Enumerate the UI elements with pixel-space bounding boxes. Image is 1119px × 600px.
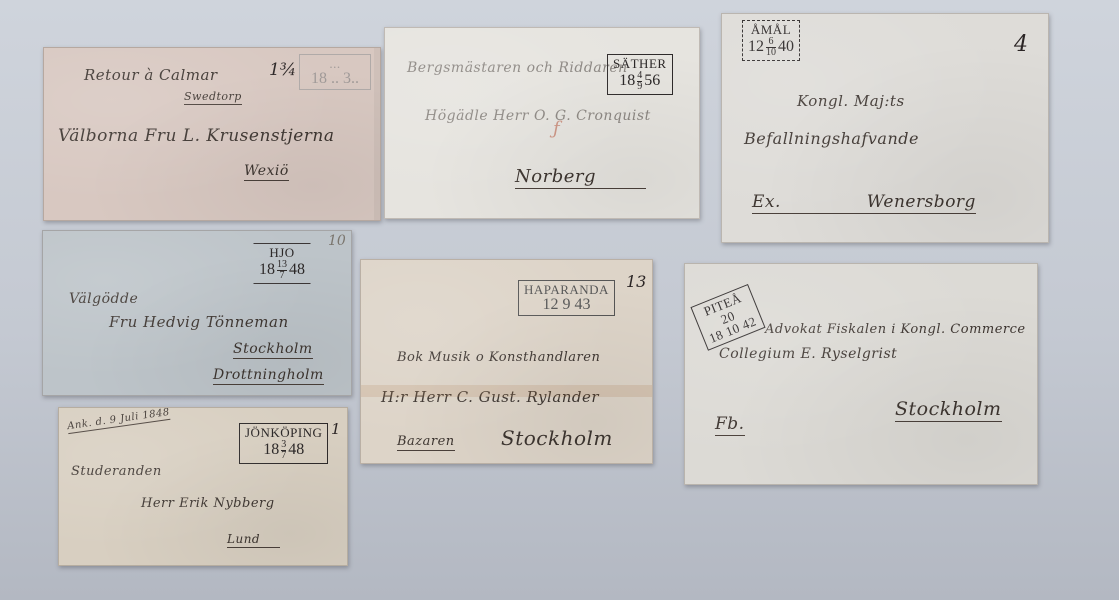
postmark: ... 18 .. 3.. xyxy=(299,54,371,90)
cover-text-line: Välgödde xyxy=(69,291,138,307)
cover-text-line: Retour à Calmar xyxy=(84,66,218,84)
cover-text-line: Stockholm xyxy=(895,398,1002,422)
rate-mark: 10 xyxy=(328,233,346,249)
cover-text-line: Välborna Fru L. Krusenstjerna xyxy=(58,126,335,146)
cover-text-line: Studeranden xyxy=(71,464,162,479)
cover-text-line: Ex. Wenersborg xyxy=(752,192,976,214)
postal-cover-jonkoping: Ank. d. 9 Juli 1848 JÖNKÖPING 183748 1 S… xyxy=(58,407,348,566)
postmark-hjo: HJO 1813748 xyxy=(253,243,311,284)
rate-mark: 13 xyxy=(626,272,646,291)
postal-cover-pitea: PITEÅ 20 18 10 42 Advokat Fiskalen i Kon… xyxy=(684,263,1038,485)
cover-text-line: Drottningholm xyxy=(213,367,324,385)
rate-mark: 1 xyxy=(331,420,341,438)
cover-text-line: Högädle Herr O. G. Cronquist xyxy=(425,108,651,124)
cover-text-line: Ank. d. 9 Juli 1848 xyxy=(67,407,171,434)
cover-text-line: Stockholm xyxy=(233,341,313,359)
rate-mark: 4 xyxy=(1014,32,1028,57)
postmark-sather: SÄTHER 184956 xyxy=(607,54,673,95)
postal-cover-sather: Bergsmästaren och Riddaren SÄTHER 184956… xyxy=(384,27,700,219)
cover-text-line: Wexiö xyxy=(244,163,289,181)
cover-text-line: Lund xyxy=(227,532,280,548)
cover-text-line: Bazaren xyxy=(397,434,455,451)
cover-text-line: Advokat Fiskalen i Kongl. Commerce xyxy=(765,322,1026,337)
postmark-amal: ÅMÅL 1261040 xyxy=(742,20,800,61)
cover-text-line: Swedtorp xyxy=(184,90,242,105)
cover-text-line: Fb. xyxy=(715,414,745,436)
cover-text-line: Fru Hedvig Tönneman xyxy=(109,313,289,331)
red-mark: ƒ xyxy=(553,118,560,139)
postal-cover-hjo: HJO 1813748 10 Välgödde Fru Hedvig Tönne… xyxy=(42,230,352,396)
postal-cover-kalmar: Retour à Calmar Swedtorp 1¾ ... 18 .. 3.… xyxy=(43,47,381,221)
cover-text-line: Bok Musik o Konsthandlaren xyxy=(397,350,600,365)
rate-mark: 1¾ xyxy=(269,60,296,80)
cover-text-line: Norberg xyxy=(515,166,646,189)
postmark-jonkoping: JÖNKÖPING 183748 xyxy=(239,423,328,464)
cover-text-line: Collegium E. Ryselgrist xyxy=(719,346,897,362)
stain xyxy=(361,385,652,397)
postal-cover-amal: ÅMÅL 1261040 4 Kongl. Maj:ts Befallnings… xyxy=(721,13,1049,243)
cover-text-line: Herr Erik Nybberg xyxy=(141,496,275,511)
cover-text-line: Bergsmästaren och Riddaren xyxy=(407,60,628,76)
postmark-haparanda: HAPARANDA 12 9 43 xyxy=(518,280,615,316)
postmark-pitea: PITEÅ 20 18 10 42 xyxy=(690,284,765,351)
cover-text-line: Befallningshafvande xyxy=(744,129,919,148)
cover-text-line: Stockholm xyxy=(501,426,613,450)
postal-cover-haparanda: HAPARANDA 12 9 43 13 Bok Musik o Konstha… xyxy=(360,259,653,464)
cover-text-line: Kongl. Maj:ts xyxy=(797,92,905,110)
